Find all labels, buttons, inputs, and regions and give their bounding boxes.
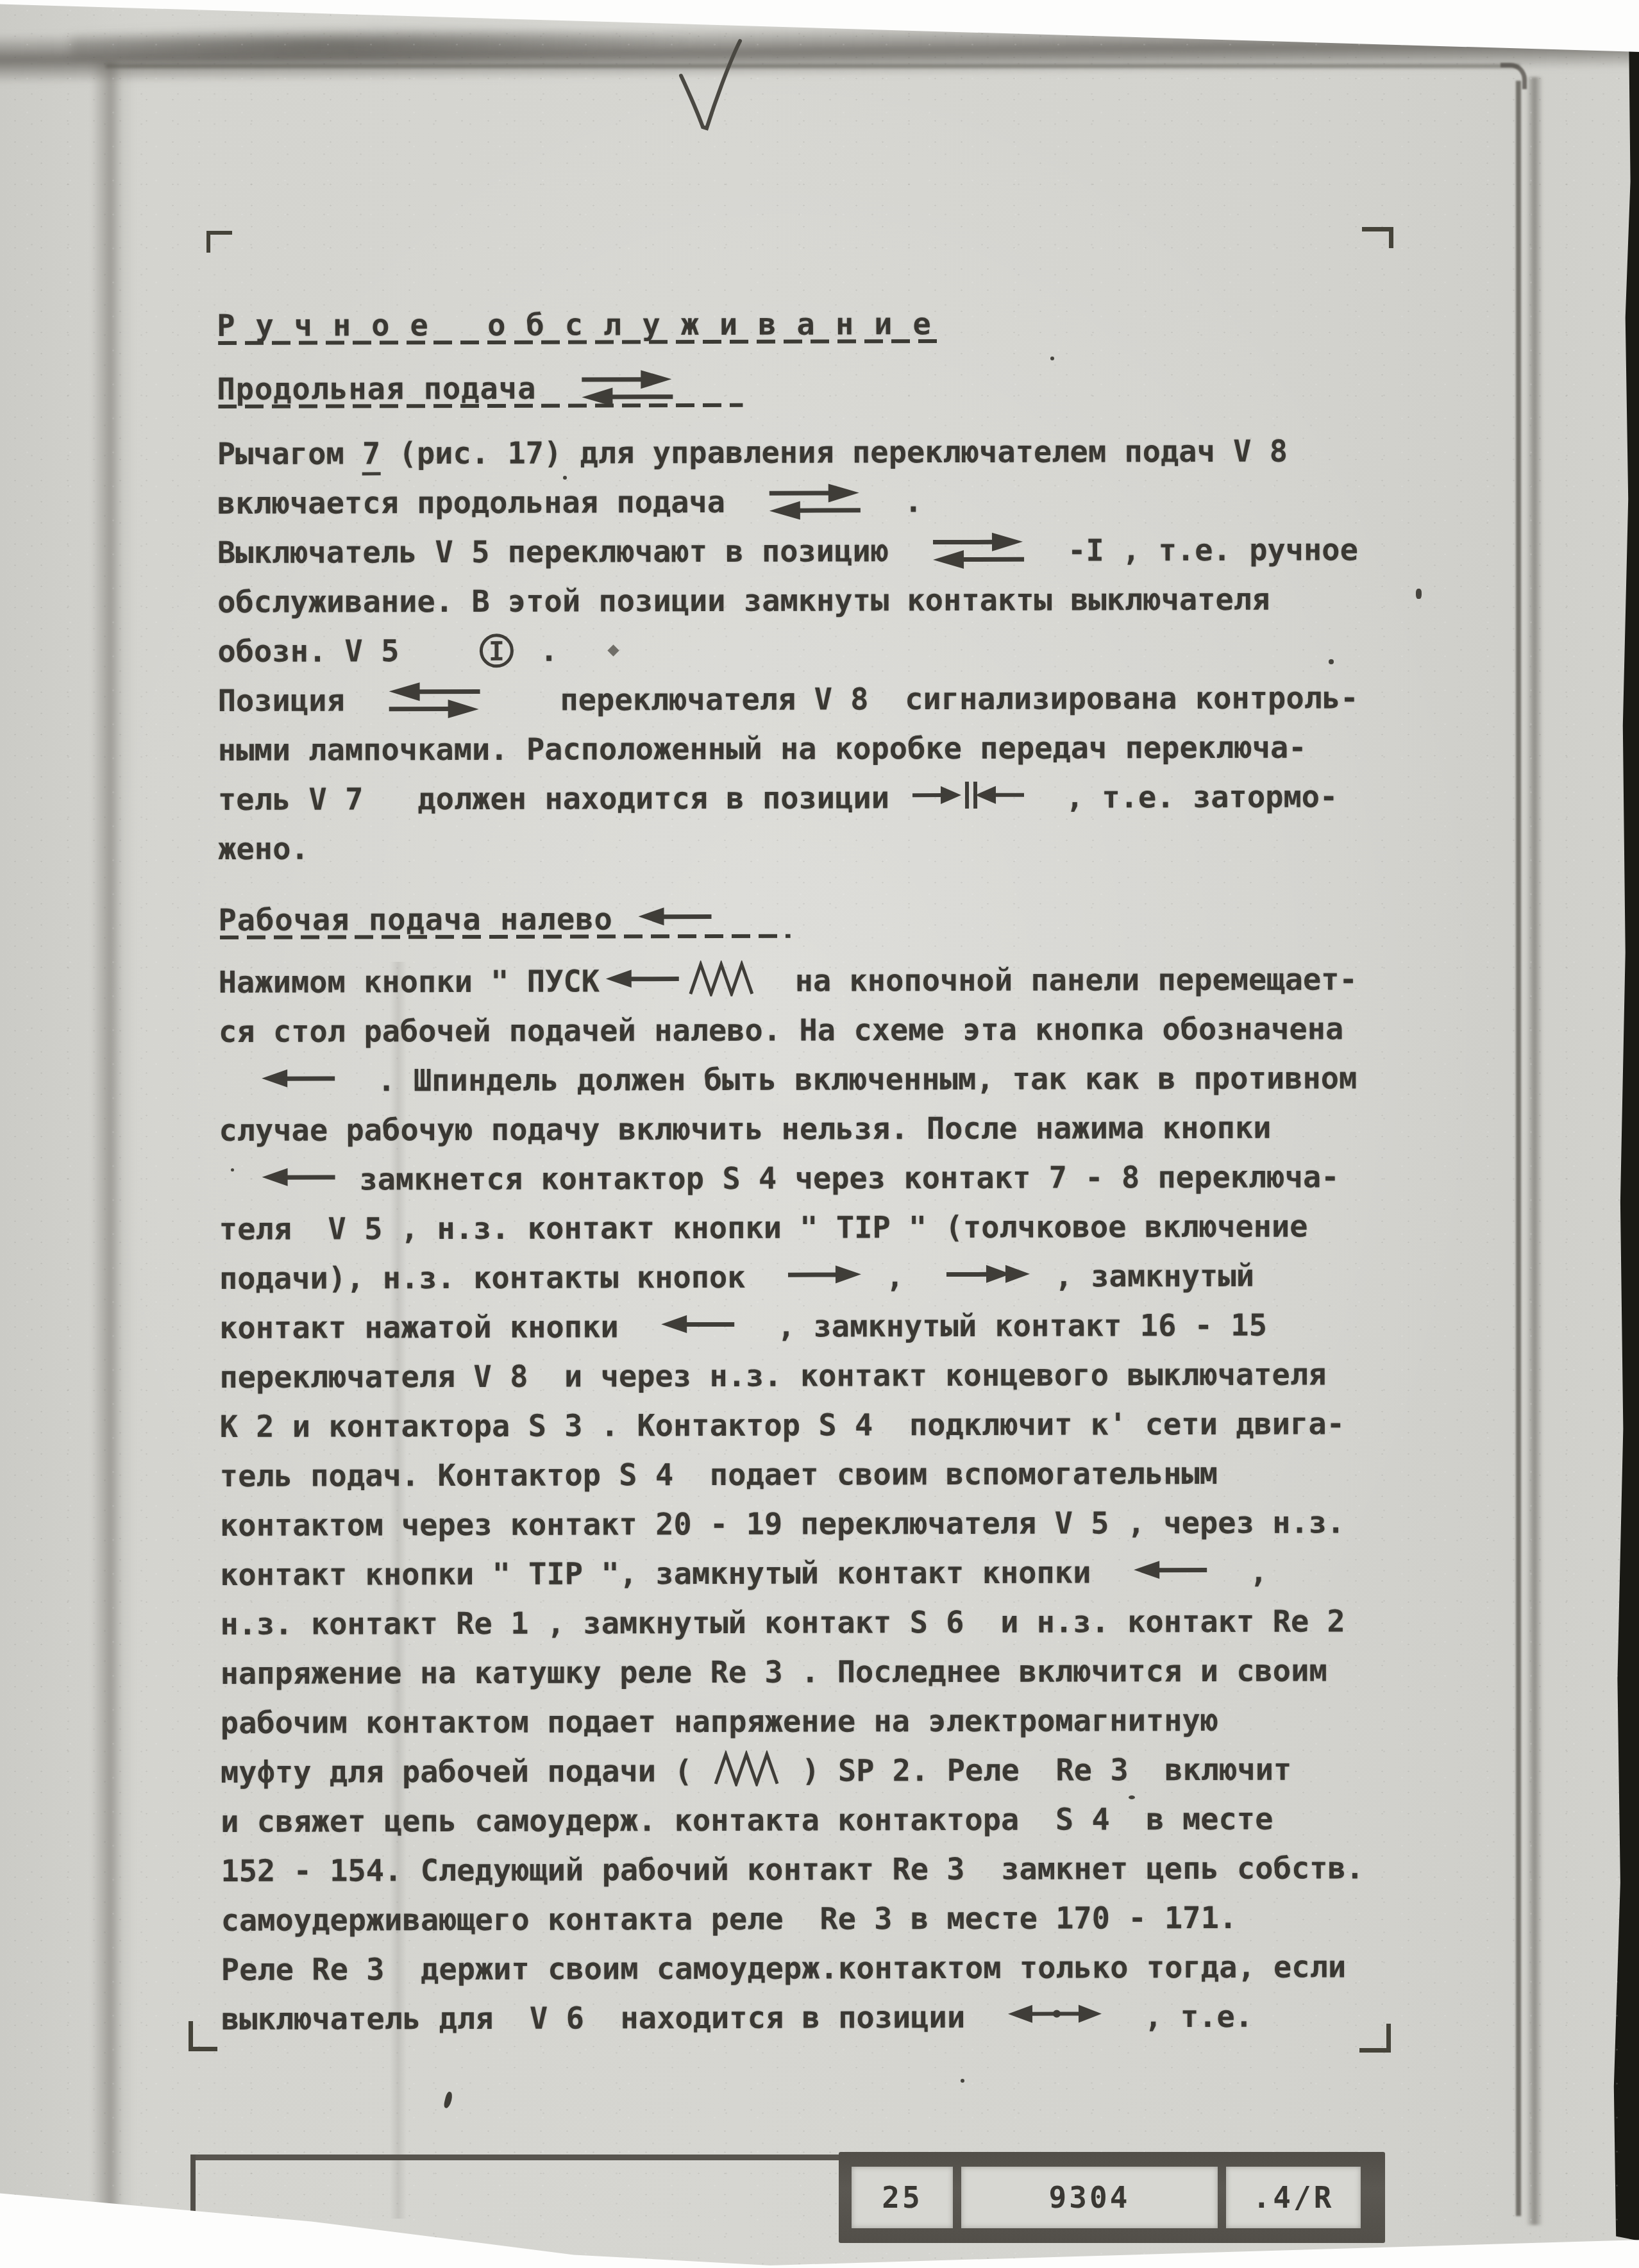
text-line: и свяжет цепь самоудерж. контакта контак… [221,1794,1426,1847]
text-run: (рис. 17) для управления переключателем … [380,434,1288,472]
text-line: обслуживание. В этой позиции замкнуты ко… [217,575,1423,627]
text-run: . [868,484,923,519]
left-arrow-icon [637,906,712,927]
footer-value: 9304 [1049,2180,1130,2215]
brake-position-icon [911,780,1025,810]
footer-cell-sheet-code: .4/R [1226,2167,1361,2228]
ink-speck [563,476,567,480]
text-run: н.з. контакт Re 1 , замкнутый контакт S … [220,1604,1345,1642]
text-line: 152 - 154. Следующий рабочий контакт Re … [221,1844,1426,1896]
section-heading-working-feed-left: Рабочая подача налево [218,893,1424,945]
text-run: контактом через контакт 20 - 19 переключ… [220,1505,1345,1543]
text-run: самоудерживающего контакта реле Re 3 в м… [221,1901,1238,1938]
text-line: Выключатель V 5 переключают в позицию -I… [217,525,1423,578]
text-run: Реле Re 3 держит своим самоудерж.контакт… [221,1949,1347,1988]
text-run: переключателя V 8 и через н.з. контакт к… [219,1357,1326,1395]
text-line: жено. [218,821,1424,874]
text-run: напряжение на катушку реле Re 3 . Послед… [221,1653,1327,1692]
text-line: . Шпиндель должен быть включенным, так к… [219,1054,1424,1106]
text-line: переключателя V 8 и через н.з. контакт к… [219,1350,1425,1402]
text-run: теля V 5 , н.з. контакт кнопки " TIP " (… [219,1209,1308,1247]
text-line: самоудерживающего контакта реле Re 3 в м… [221,1893,1427,1945]
scan-shadow-blob [71,23,699,66]
right-arrow-icon [787,1264,862,1284]
text-line: Нажимом кнопки " ПУСК на кнопочной панел… [219,955,1424,1007]
text-run: жено. [218,832,309,867]
text-line: включается продольная подача . [217,476,1423,528]
left-crease-shadow [91,61,135,2222]
text-line: напряжение на катушку реле Re 3 . Послед… [221,1646,1426,1699]
document-body: Ручное обслуживаниеПродольная подача Рыч… [217,298,1427,2044]
text-line: рабочим контактом подает напряжение на э… [221,1695,1426,1748]
text-run [219,1163,256,1198]
ink-speck [231,1168,234,1172]
text-run: . [522,634,559,669]
page-border-right-line [1516,81,1521,2216]
handwritten-check-icon [672,37,749,133]
spring-zigzag-icon [688,961,756,996]
text-run: и свяжет цепь самоудерж. контакта контак… [221,1802,1273,1840]
footer-cell-document-number: 9304 [961,2167,1218,2228]
feed-arrow-pair-right-left-icon [767,481,863,522]
text-line: тель подач. Контактор S 4 подает своим в… [220,1449,1425,1501]
text-line: н.з. контакт Re 1 , замкнутый контакт S … [220,1597,1425,1649]
section-heading-longitudinal-feed: Продольная подача [217,362,1422,414]
scanned-page: Ручное обслуживаниеПродольная подача Рыч… [0,0,1639,2268]
text-run: . Шпиндель должен быть включенным, так к… [341,1061,1357,1098]
text-run: Выключатель V 5 переключают в позицию [217,533,925,571]
text-run: , т.е. [1108,1999,1254,2035]
text-run: подачи), н.з. контакты кнопок [219,1260,782,1297]
text-run: , [868,1259,940,1295]
text-line: теля V 5 , н.з. контакт кнопки " TIP " (… [219,1202,1425,1254]
left-arrow-icon [605,968,680,989]
left-arrow-icon [1132,1559,1208,1580]
text-line: выключатель для V 6 находится в позиции … [221,1992,1427,2044]
text-run: тель V 7 должен находится в позиции [218,780,907,818]
double-headed-arrow-dot-icon [1007,2003,1103,2024]
spring-zigzag-icon [713,1751,781,1786]
ink-speck [1050,357,1054,360]
corner-mark-bottom-right [1359,2024,1391,2053]
footer-rule [190,2155,840,2160]
footer-table: 25 9304 .4/R [839,2152,1385,2243]
text-line: Позиция переключателя V 8 сигнализирован… [218,673,1424,726]
feed-arrow-pair-right-left-icon [579,367,675,408]
text-run: тель подач. Контактор S 4 подает своим в… [220,1456,1218,1494]
text-run: случае рабочую подачу включить нельзя. П… [219,1111,1271,1148]
ink-speck [1329,659,1334,664]
text-run: на кнопочной панели перемещает- [759,962,1357,998]
text-run: Нажимом кнопки " ПУСК [219,964,600,1000]
ink-speck [1129,1795,1135,1799]
ink-speck [268,1668,271,1672]
page-border-top-line [106,64,1520,68]
text-line: ными лампочками. Расположенный на коробк… [218,723,1424,775]
corner-mark-bottom-left [189,2021,217,2051]
text-run: Ручное обслуживание [217,307,952,344]
text-line: Рычагом 7 (рис. 17) для управления перек… [217,426,1423,479]
footer-value: 25 [882,2180,922,2215]
feed-arrow-pair-right-left-icon [930,530,1027,571]
text-line: муфту для рабочей подачи ( ) SP 2. Реле … [221,1745,1426,1797]
ink-speck [961,2079,964,2083]
text-run: включается продольная подача [217,485,762,521]
text-run: ) SP 2. Реле Re 3 включит [784,1752,1291,1789]
corner-mark-top-left [206,231,232,253]
text-run: рабочим контактом подает напряжение на э… [221,1703,1218,1741]
footer-cell-page-number: 25 [852,2167,953,2228]
ink-speck [1416,589,1422,599]
text-run: Продольная подача [217,371,574,407]
text-run: Рычагом [217,436,363,472]
text-line: ся стол рабочей подачей налево. На схеме… [219,1004,1424,1057]
page-title: Ручное обслуживание [217,298,1422,351]
left-arrow-icon [260,1068,336,1089]
text-run: Рабочая подача налево [218,902,632,938]
left-arrow-icon [260,1167,336,1188]
text-line: случае рабочую подачу включить нельзя. П… [219,1103,1424,1155]
text-run: 152 - 154. Следующий рабочий контакт Re … [221,1851,1364,1889]
text-line: Реле Re 3 держит своим самоудерж.контакт… [221,1942,1427,1995]
text-run: замкнется контактор S 4 через контакт 7 … [341,1159,1339,1197]
text-run: контакт нажатой кнопки [219,1309,655,1346]
double-right-arrow-icon [945,1264,1031,1284]
text-run: контакт кнопки " TIP ", замкнутый контак… [220,1555,1127,1593]
text-run: переключателя V 8 сигнализирована контро… [487,680,1358,718]
text-run: -I , т.е. ручное [1032,532,1358,568]
text-line: замкнется контактор S 4 через контакт 7 … [219,1152,1424,1205]
text-run: ся стол рабочей подачей налево. На схеме… [219,1011,1344,1050]
text-run: К 2 и контактора S 3 . Контактор S 4 под… [220,1406,1345,1445]
text-run: , [1213,1555,1268,1590]
text-line: контакт нажатой кнопки , замкнутый конта… [219,1300,1425,1353]
text-run: выключатель для V 6 находится в позиции [221,2000,1002,2037]
text-run: Позиция [218,683,382,719]
text-run: , т.е. затормо- [1029,779,1338,815]
text-run: обозн. V 5 [217,634,471,669]
text-line: подачи), н.з. контакты кнопок , , замкну… [219,1251,1425,1304]
text-run: , замкнутый контакт 16 - 15 [741,1308,1267,1345]
text-line: контакт кнопки " TIP ", замкнутый контак… [220,1547,1425,1600]
text-line: тель V 7 должен находится в позиции , т.… [218,772,1424,825]
feed-arrow-pair-left-right-icon [386,680,482,721]
underlined-text: 7 [362,436,380,475]
text-run: обслуживание. В этой позиции замкнуты ко… [217,582,1270,620]
text-run: , замкнутый [1036,1259,1254,1295]
text-run: муфту для рабочей подачи ( [221,1754,710,1790]
left-arrow-icon [660,1314,735,1334]
text-line: контактом через контакт 20 - 19 переключ… [220,1498,1425,1550]
binding-shadow [1526,77,1543,2225]
text-line: обозн. V 5 . [217,624,1423,676]
circled-one-icon [478,632,516,669]
text-run: ными лампочками. Расположенный на коробк… [218,730,1307,768]
footer-value: .4/R [1253,2180,1334,2215]
corner-mark-top-right [1362,227,1393,248]
text-line: К 2 и контактора S 3 . Контактор S 4 под… [219,1399,1425,1452]
text-run [219,1064,255,1099]
